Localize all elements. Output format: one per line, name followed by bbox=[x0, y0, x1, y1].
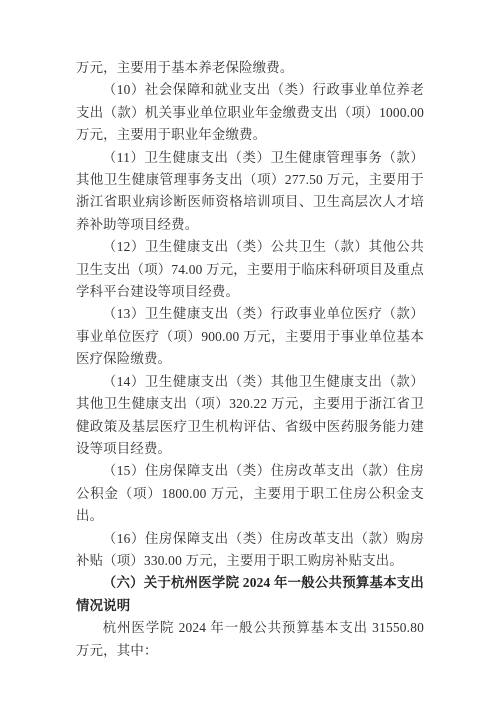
paragraph-item-14: （14）卫生健康支出（类）其他卫生健康支出（款）其他卫生健康支出（项）320.2… bbox=[76, 371, 424, 461]
section-heading-six: （六）关于杭州医学院 2024 年一般公共预算基本支出情况说明 bbox=[76, 572, 424, 617]
paragraph-basic-expenditure-summary: 杭州医学院 2024 年一般公共预算基本支出 31550.80 万元，其中： bbox=[76, 617, 424, 662]
paragraph-item-15: （15）住房保障支出（类）住房改革支出（款）住房公积金（项）1800.00 万元… bbox=[76, 460, 424, 527]
paragraph-item-11: （11）卫生健康支出（类）卫生健康管理事务（款）其他卫生健康管理事务支出（项）2… bbox=[76, 147, 424, 237]
paragraph-item-13: （13）卫生健康支出（类）行政事业单位医疗（款）事业单位医疗（项）900.00 … bbox=[76, 303, 424, 370]
paragraph-continuation: 万元，主要用于基本养老保险缴费。 bbox=[76, 57, 424, 79]
paragraph-item-10: （10）社会保障和就业支出（类）行政事业单位养老支出（款）机关事业单位职业年金缴… bbox=[76, 79, 424, 146]
paragraph-item-12: （12）卫生健康支出（类）公共卫生（款）其他公共卫生支出（项）74.00 万元，… bbox=[76, 236, 424, 303]
document-text-block: 万元，主要用于基本养老保险缴费。 （10）社会保障和就业支出（类）行政事业单位养… bbox=[76, 57, 424, 662]
document-page: 万元，主要用于基本养老保险缴费。 （10）社会保障和就业支出（类）行政事业单位养… bbox=[0, 0, 500, 707]
paragraph-item-16: （16）住房保障支出（类）住房改革支出（款）购房补贴（项）330.00 万元，主… bbox=[76, 528, 424, 573]
